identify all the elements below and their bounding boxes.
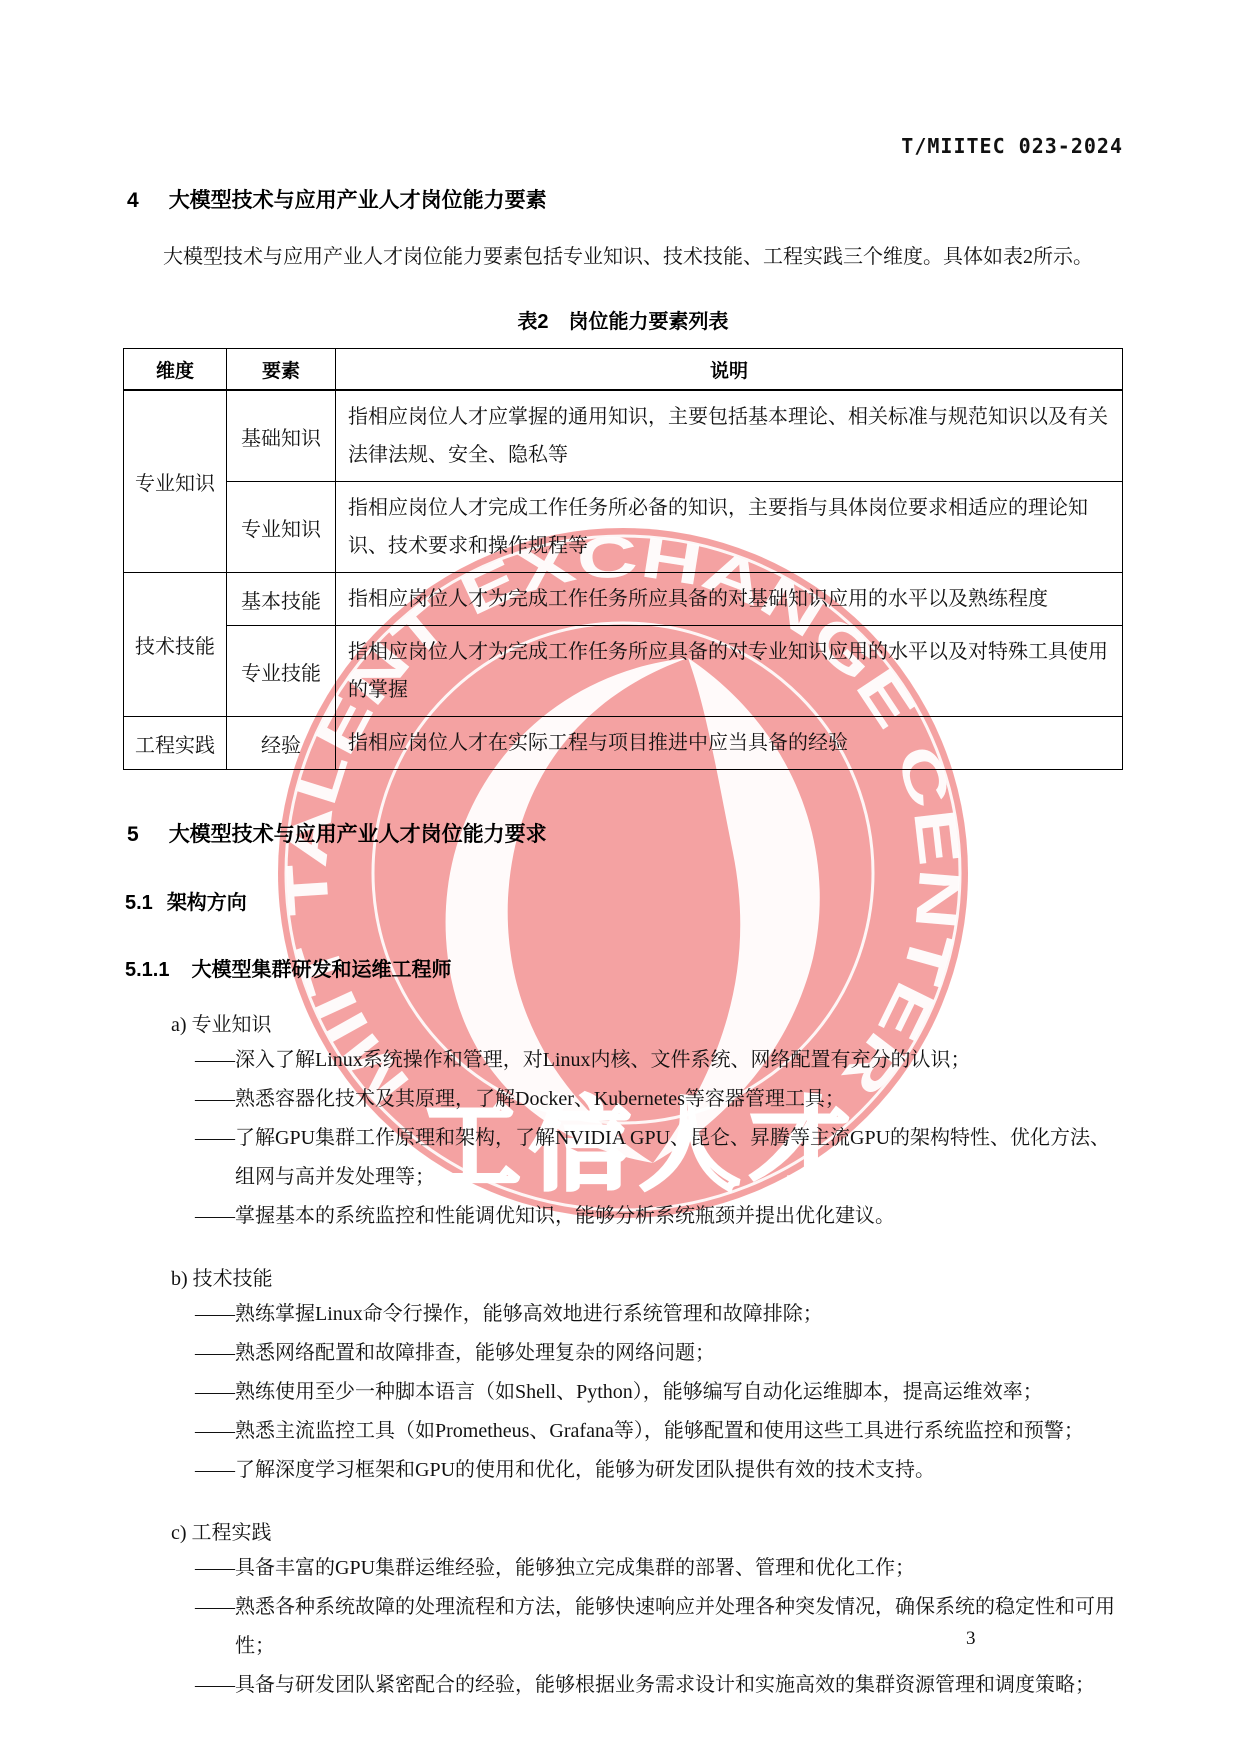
dash-mark: —— xyxy=(195,1420,235,1442)
dash-mark: —— xyxy=(195,1381,235,1403)
table-row: 专业知识 基础知识 指相应岗位人才应掌握的通用知识，主要包括基本理论、相关标准与… xyxy=(124,390,1123,482)
list-block-c: c) 工程实践 ——具备丰富的GPU集群运维经验，能够独立完成集群的部署、管理和… xyxy=(123,1516,1123,1705)
element-cell: 专业技能 xyxy=(227,626,336,717)
dash-mark: —— xyxy=(195,1049,235,1071)
document-page: MIIT TALENT EXCHANGE CENTER 工信人才 T/MIITE… xyxy=(0,0,1241,1754)
requirement-item: ——熟悉容器化技术及其原理，了解Docker、Kubernetes等容器管理工具… xyxy=(123,1080,1123,1119)
table-title: 表2 岗位能力要素列表 xyxy=(123,305,1123,334)
dash-mark: —— xyxy=(195,1127,235,1149)
subsection-5-1-1-heading: 5.1.1大模型集群研发和运维工程师 xyxy=(125,953,1123,982)
dash-mark: —— xyxy=(195,1342,235,1364)
table-row: 工程实践 经验 指相应岗位人才在实际工程与项目推进中应当具备的经验 xyxy=(124,717,1123,770)
requirement-item: ——深入了解Linux系统操作和管理，对Linux内核、文件系统、网络配置有充分… xyxy=(123,1041,1123,1080)
dash-mark: —— xyxy=(195,1596,235,1618)
requirement-text: 熟悉各种系统故障的处理流程和方法，能够快速响应并处理各种突发情况，确保系统的稳定… xyxy=(235,1596,1115,1657)
description-cell: 指相应岗位人才完成工作任务所必备的知识，主要指与具体岗位要求相适应的理论知识、技… xyxy=(336,482,1123,573)
requirement-item: ——掌握基本的系统监控和性能调优知识，能够分析系统瓶颈并提出优化建议。 xyxy=(123,1197,1123,1236)
table-header-row: 维度 要素 说明 xyxy=(124,349,1123,391)
element-cell: 基础知识 xyxy=(227,390,336,482)
requirement-text: 掌握基本的系统监控和性能调优知识，能够分析系统瓶颈并提出优化建议。 xyxy=(235,1205,895,1227)
requirement-text: 熟悉网络配置和故障排查，能够处理复杂的网络问题； xyxy=(235,1342,715,1364)
section-5-heading: 5大模型技术与应用产业人才岗位能力要求 xyxy=(127,818,1123,848)
dimension-cell: 专业知识 xyxy=(124,390,227,573)
description-cell: 指相应岗位人才在实际工程与项目推进中应当具备的经验 xyxy=(336,717,1123,770)
capability-table: 维度 要素 说明 专业知识 基础知识 指相应岗位人才应掌握的通用知识，主要包括基… xyxy=(123,348,1123,770)
requirement-text: 熟悉容器化技术及其原理，了解Docker、Kubernetes等容器管理工具； xyxy=(235,1088,845,1110)
table-row: 技术技能 基本技能 指相应岗位人才为完成工作任务所应具备的对基础知识应用的水平以… xyxy=(124,573,1123,626)
requirement-text: 了解GPU集群工作原理和架构，了解NVIDIA GPU、昆仑、昇腾等主流GPU的… xyxy=(235,1127,1110,1188)
section-5-title: 大模型技术与应用产业人才岗位能力要求 xyxy=(169,823,547,846)
requirement-text: 了解深度学习框架和GPU的使用和优化，能够为研发团队提供有效的技术支持。 xyxy=(235,1459,935,1481)
list-a-label: a) 专业知识 xyxy=(171,1008,1123,1037)
requirement-item: ——了解GPU集群工作原理和架构，了解NVIDIA GPU、昆仑、昇腾等主流GP… xyxy=(123,1119,1123,1197)
requirement-text: 具备丰富的GPU集群运维经验，能够独立完成集群的部署、管理和优化工作； xyxy=(235,1557,915,1579)
requirement-item: ——熟练使用至少一种脚本语言（如Shell、Python），能够编写自动化运维脚… xyxy=(123,1373,1123,1412)
table-row: 专业知识 指相应岗位人才完成工作任务所必备的知识，主要指与具体岗位要求相适应的理… xyxy=(124,482,1123,573)
dash-mark: —— xyxy=(195,1205,235,1227)
element-cell: 专业知识 xyxy=(227,482,336,573)
description-cell: 指相应岗位人才为完成工作任务所应具备的对专业知识应用的水平以及对特殊工具使用的掌… xyxy=(336,626,1123,717)
page-content: T/MIITEC 023-2024 4大模型技术与应用产业人才岗位能力要素 大模… xyxy=(0,0,1241,1705)
subsection-5-1-1-number: 5.1.1 xyxy=(125,959,169,981)
section-4-number: 4 xyxy=(127,189,139,212)
subsection-5-1-title: 架构方向 xyxy=(167,892,247,914)
dash-mark: —— xyxy=(195,1459,235,1481)
requirement-text: 熟练掌握Linux命令行操作，能够高效地进行系统管理和故障排除； xyxy=(235,1303,823,1325)
requirement-text: 熟练使用至少一种脚本语言（如Shell、Python），能够编写自动化运维脚本，… xyxy=(235,1381,1043,1403)
section-4-title: 大模型技术与应用产业人才岗位能力要素 xyxy=(169,189,547,212)
requirement-text: 具备与研发团队紧密配合的经验，能够根据业务需求设计和实施高效的集群资源管理和调度… xyxy=(235,1674,1095,1696)
description-cell: 指相应岗位人才为完成工作任务所应具备的对基础知识应用的水平以及熟练程度 xyxy=(336,573,1123,626)
requirement-text: 深入了解Linux系统操作和管理，对Linux内核、文件系统、网络配置有充分的认… xyxy=(235,1049,971,1071)
standard-code: T/MIITEC 023-2024 xyxy=(123,134,1123,158)
subsection-5-1-number: 5.1 xyxy=(125,892,153,914)
dash-mark: —— xyxy=(195,1674,235,1696)
requirement-item: ——了解深度学习框架和GPU的使用和优化，能够为研发团队提供有效的技术支持。 xyxy=(123,1451,1123,1490)
dash-mark: —— xyxy=(195,1303,235,1325)
dimension-cell: 技术技能 xyxy=(124,573,227,717)
section-4-heading: 4大模型技术与应用产业人才岗位能力要素 xyxy=(127,184,1123,214)
element-cell: 经验 xyxy=(227,717,336,770)
subsection-5-1-heading: 5.1架构方向 xyxy=(125,886,1123,915)
page-number: 3 xyxy=(966,1628,976,1650)
dash-mark: —— xyxy=(195,1088,235,1110)
requirement-text: 熟悉主流监控工具（如Prometheus、Grafana等），能够配置和使用这些… xyxy=(235,1420,1084,1442)
dash-mark: —— xyxy=(195,1557,235,1579)
list-block-a: a) 专业知识 ——深入了解Linux系统操作和管理，对Linux内核、文件系统… xyxy=(123,1008,1123,1236)
list-c-label: c) 工程实践 xyxy=(171,1516,1123,1545)
dimension-cell: 工程实践 xyxy=(124,717,227,770)
header-cell-element: 要素 xyxy=(227,349,336,391)
description-cell: 指相应岗位人才应掌握的通用知识，主要包括基本理论、相关标准与规范知识以及有关法律… xyxy=(336,390,1123,482)
intro-paragraph: 大模型技术与应用产业人才岗位能力要素包括专业知识、技术技能、工程实践三个维度。具… xyxy=(123,238,1123,277)
requirement-item: ——具备丰富的GPU集群运维经验，能够独立完成集群的部署、管理和优化工作； xyxy=(123,1549,1123,1588)
header-cell-dimension: 维度 xyxy=(124,349,227,391)
subsection-5-1-1-title: 大模型集群研发和运维工程师 xyxy=(191,959,451,981)
table-row: 专业技能 指相应岗位人才为完成工作任务所应具备的对专业知识应用的水平以及对特殊工… xyxy=(124,626,1123,717)
element-cell: 基本技能 xyxy=(227,573,336,626)
list-b-label: b) 技术技能 xyxy=(171,1262,1123,1291)
requirement-item: ——熟悉各种系统故障的处理流程和方法，能够快速响应并处理各种突发情况，确保系统的… xyxy=(123,1588,1123,1666)
requirement-item: ——具备与研发团队紧密配合的经验，能够根据业务需求设计和实施高效的集群资源管理和… xyxy=(123,1666,1123,1705)
section-5-number: 5 xyxy=(127,823,139,846)
header-cell-description: 说明 xyxy=(336,349,1123,391)
requirement-item: ——熟悉网络配置和故障排查，能够处理复杂的网络问题； xyxy=(123,1334,1123,1373)
requirement-item: ——熟练掌握Linux命令行操作，能够高效地进行系统管理和故障排除； xyxy=(123,1295,1123,1334)
list-block-b: b) 技术技能 ——熟练掌握Linux命令行操作，能够高效地进行系统管理和故障排… xyxy=(123,1262,1123,1490)
requirement-item: ——熟悉主流监控工具（如Prometheus、Grafana等），能够配置和使用… xyxy=(123,1412,1123,1451)
